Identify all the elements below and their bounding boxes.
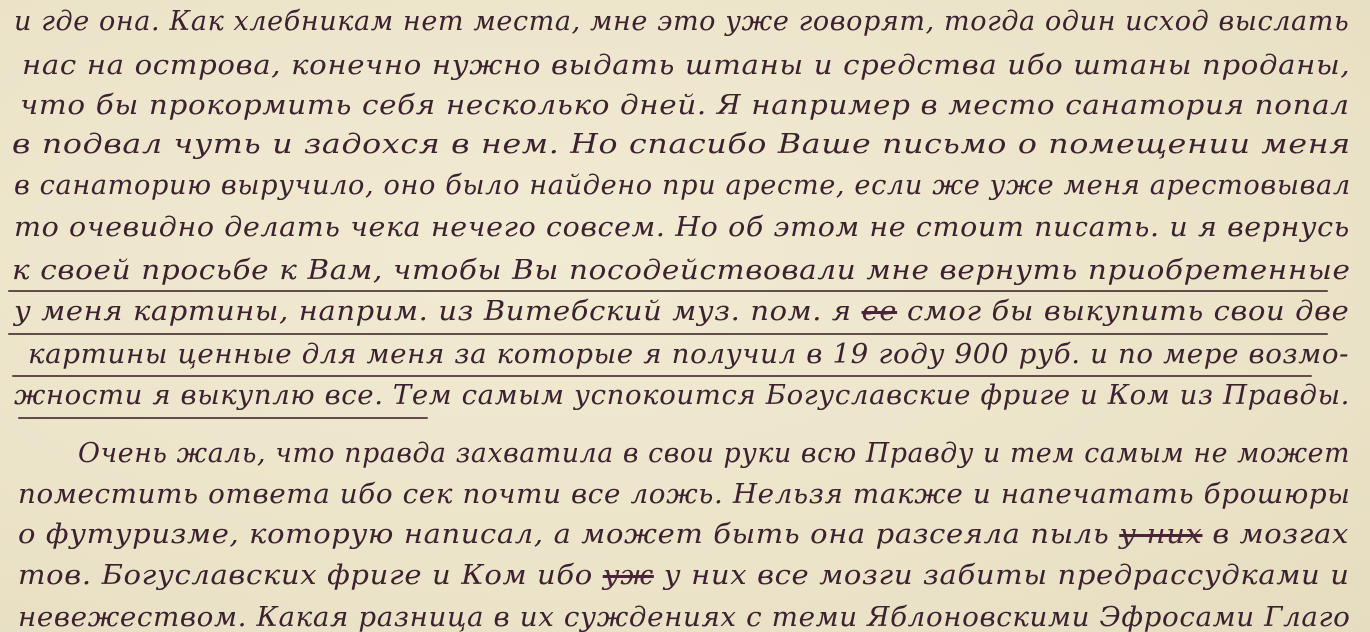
- text-line-6: то очевидно делать чека нечего совсем. Н…: [14, 214, 1350, 241]
- text-line-13-part-2: в мозгах: [1212, 519, 1349, 550]
- text-line-13-part-1: о футуризме, которую написал, а может бы…: [18, 519, 1109, 550]
- text-line-4: в подвал чуть и задохся в нем. Но спасиб…: [12, 131, 1351, 158]
- text-line-14: тов. Богуславских фриге и Ком ибо уж у н…: [18, 562, 1350, 589]
- text-line-8-part-1: у меня картины, наприм. из Витебский муз…: [14, 296, 852, 327]
- text-line-15: невежеством. Какая разница в их суждения…: [18, 604, 1351, 631]
- underline-rule-3: [12, 375, 1312, 377]
- text-line-3: что бы прокормить себя несколько дней. Я…: [20, 92, 1350, 119]
- struck-out-word: ее: [862, 296, 898, 327]
- underline-rule-2: [8, 333, 1328, 335]
- text-line-13: о футуризме, которую написал, а может бы…: [18, 521, 1349, 548]
- text-line-1: и где она. Как хлебникам нет места, мне …: [14, 8, 1349, 35]
- text-line-2: нас на острова, конечно нужно выдать шта…: [22, 52, 1350, 79]
- text-line-7: к своей просьбе к Вам, чтобы Вы посодейс…: [12, 257, 1351, 284]
- text-line-5: в санаторию выручило, оно было найдено п…: [14, 172, 1351, 199]
- text-line-14-part-1: тов. Богуславских фриге и Ком ибо: [18, 560, 593, 591]
- text-line-10: жности я выкуплю все. Тем самым успокоит…: [14, 382, 1350, 409]
- underline-rule-1: [8, 290, 1328, 292]
- text-line-8: у меня картины, наприм. из Витебский муз…: [14, 298, 1349, 325]
- text-line-8-part-2: смог бы выкупить свои две: [907, 296, 1349, 327]
- underline-rule-4: [18, 417, 428, 419]
- text-line-9: картины ценные для меня за которые я пол…: [28, 341, 1349, 368]
- text-line-14-part-2: у них все мозги забиты предрассудками и: [664, 560, 1350, 591]
- struck-out-word: уж: [603, 560, 654, 591]
- text-line-11: Очень жаль, что правда захватила в свои …: [78, 440, 1350, 467]
- text-line-12: поместить ответа ибо сек почти все ложь.…: [18, 481, 1350, 508]
- handwritten-letter-page: и где она. Как хлебникам нет места, мне …: [0, 0, 1370, 632]
- struck-out-word: у них: [1119, 519, 1202, 550]
